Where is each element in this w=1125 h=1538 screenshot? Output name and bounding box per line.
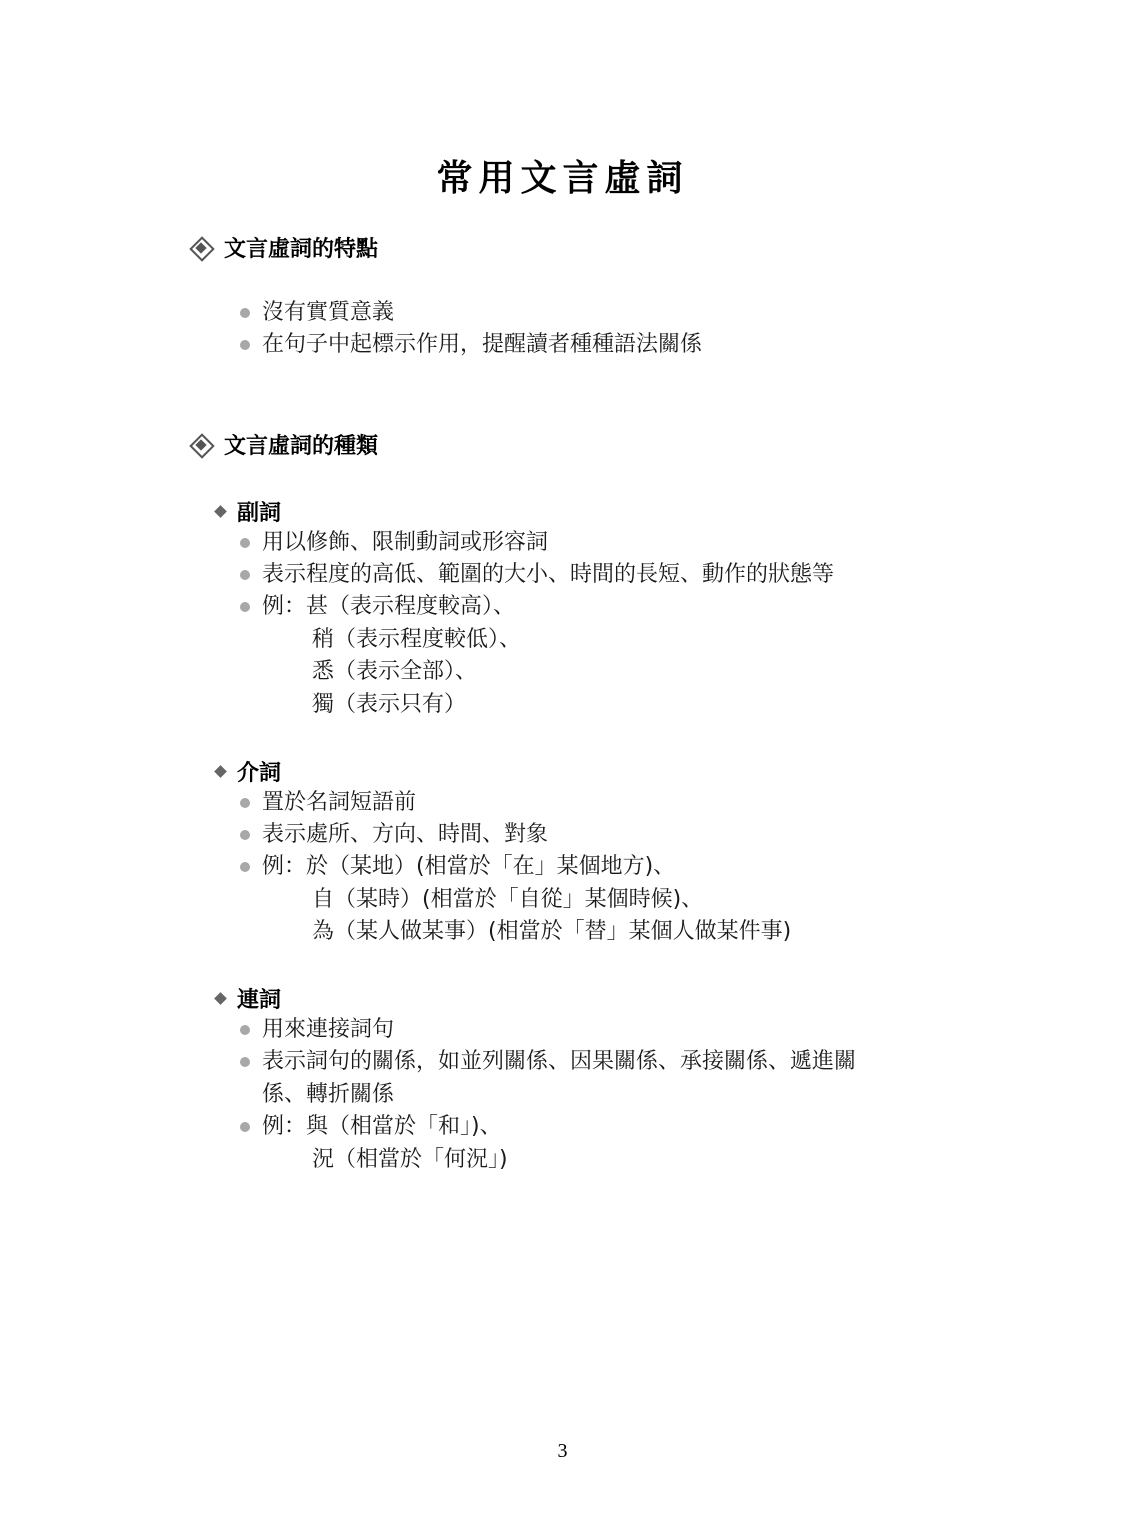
item-text: 用來連接詞句 [262,1014,394,1046]
list-item: 用以修飾、限制動詞或形容詞 [240,527,548,559]
item-text: 表示處所、方向、時間、對象 [262,819,548,851]
item-text: 用以修飾、限制動詞或形容詞 [262,527,548,559]
dot-bullet-icon [240,1025,250,1035]
example-text: 甚（表示程度較高）、 [306,591,515,623]
dot-bullet-icon [240,1057,250,1067]
small-diamond-icon [214,992,227,1005]
subsection-heading-text: 副詞 [237,496,281,527]
list-item: 置於名詞短語前 [240,787,416,819]
dot-bullet-icon [240,538,250,548]
small-diamond-icon [214,505,227,518]
example-label: 例： [262,1111,306,1143]
list-item: 例：與（相當於「和」)、 [240,1111,502,1143]
page-number: 3 [0,1440,1125,1463]
dot-bullet-icon [240,1122,250,1132]
dot-bullet-icon [240,308,250,318]
example-label: 例： [262,851,306,883]
list-item: 表示詞句的關係，如並列關係、因果關係、承接關係、遞進關 [240,1046,856,1078]
example-text: 稍（表示程度較低）、 [312,624,521,656]
diamond-bullet-icon [190,434,212,456]
subsection-heading-adverb: 副詞 [216,496,281,527]
subsection-heading-text: 介詞 [237,756,281,787]
dot-bullet-icon [240,830,250,840]
small-diamond-icon [214,765,227,778]
page-title: 常用文言虛詞 [0,150,1125,201]
list-item: 沒有實質意義 [240,297,394,329]
item-text: 表示程度的高低、範圍的大小、時間的長短、動作的狀態等 [262,559,834,591]
dot-bullet-icon [240,798,250,808]
subsection-heading-preposition: 介詞 [216,756,281,787]
example-text: 獨（表示只有） [312,689,466,721]
list-item: 表示處所、方向、時間、對象 [240,819,548,851]
dot-bullet-icon [240,340,250,350]
item-text: 在句子中起標示作用，提醒讀者種種語法關係 [262,329,702,361]
subsection-heading-conjunction: 連詞 [216,983,281,1014]
list-item: 例：甚（表示程度較高）、 [240,591,515,623]
example-text: 況（相當於「何況」) [312,1144,508,1176]
diamond-bullet-icon [190,237,212,259]
section-heading-text: 文言虛詞的特點 [224,232,378,263]
example-label: 例： [262,591,306,623]
section-heading-text: 文言虛詞的種類 [224,429,378,460]
list-item: 表示程度的高低、範圍的大小、時間的長短、動作的狀態等 [240,559,834,591]
item-text: 表示詞句的關係，如並列關係、因果關係、承接關係、遞進關 [262,1046,856,1078]
example-text: 於（某地）(相當於「在」某個地方)、 [306,851,675,883]
dot-bullet-icon [240,570,250,580]
item-text: 置於名詞短語前 [262,787,416,819]
dot-bullet-icon [240,862,250,872]
list-item: 例：於（某地）(相當於「在」某個地方)、 [240,851,675,883]
example-text: 為（某人做某事）(相當於「替」某個人做某件事) [312,916,791,948]
dot-bullet-icon [240,602,250,612]
example-text: 悉（表示全部）、 [312,656,477,688]
list-item: 在句子中起標示作用，提醒讀者種種語法關係 [240,329,702,361]
section-heading-features: 文言虛詞的特點 [190,232,378,263]
subsection-heading-text: 連詞 [237,983,281,1014]
example-text: 與（相當於「和」)、 [306,1111,502,1143]
section-heading-types: 文言虛詞的種類 [190,429,378,460]
list-item: 用來連接詞句 [240,1014,394,1046]
item-text-continued: 係、轉折關係 [262,1079,394,1111]
example-text: 自（某時）(相當於「自從」某個時候)、 [312,884,703,916]
item-text: 沒有實質意義 [262,297,394,329]
